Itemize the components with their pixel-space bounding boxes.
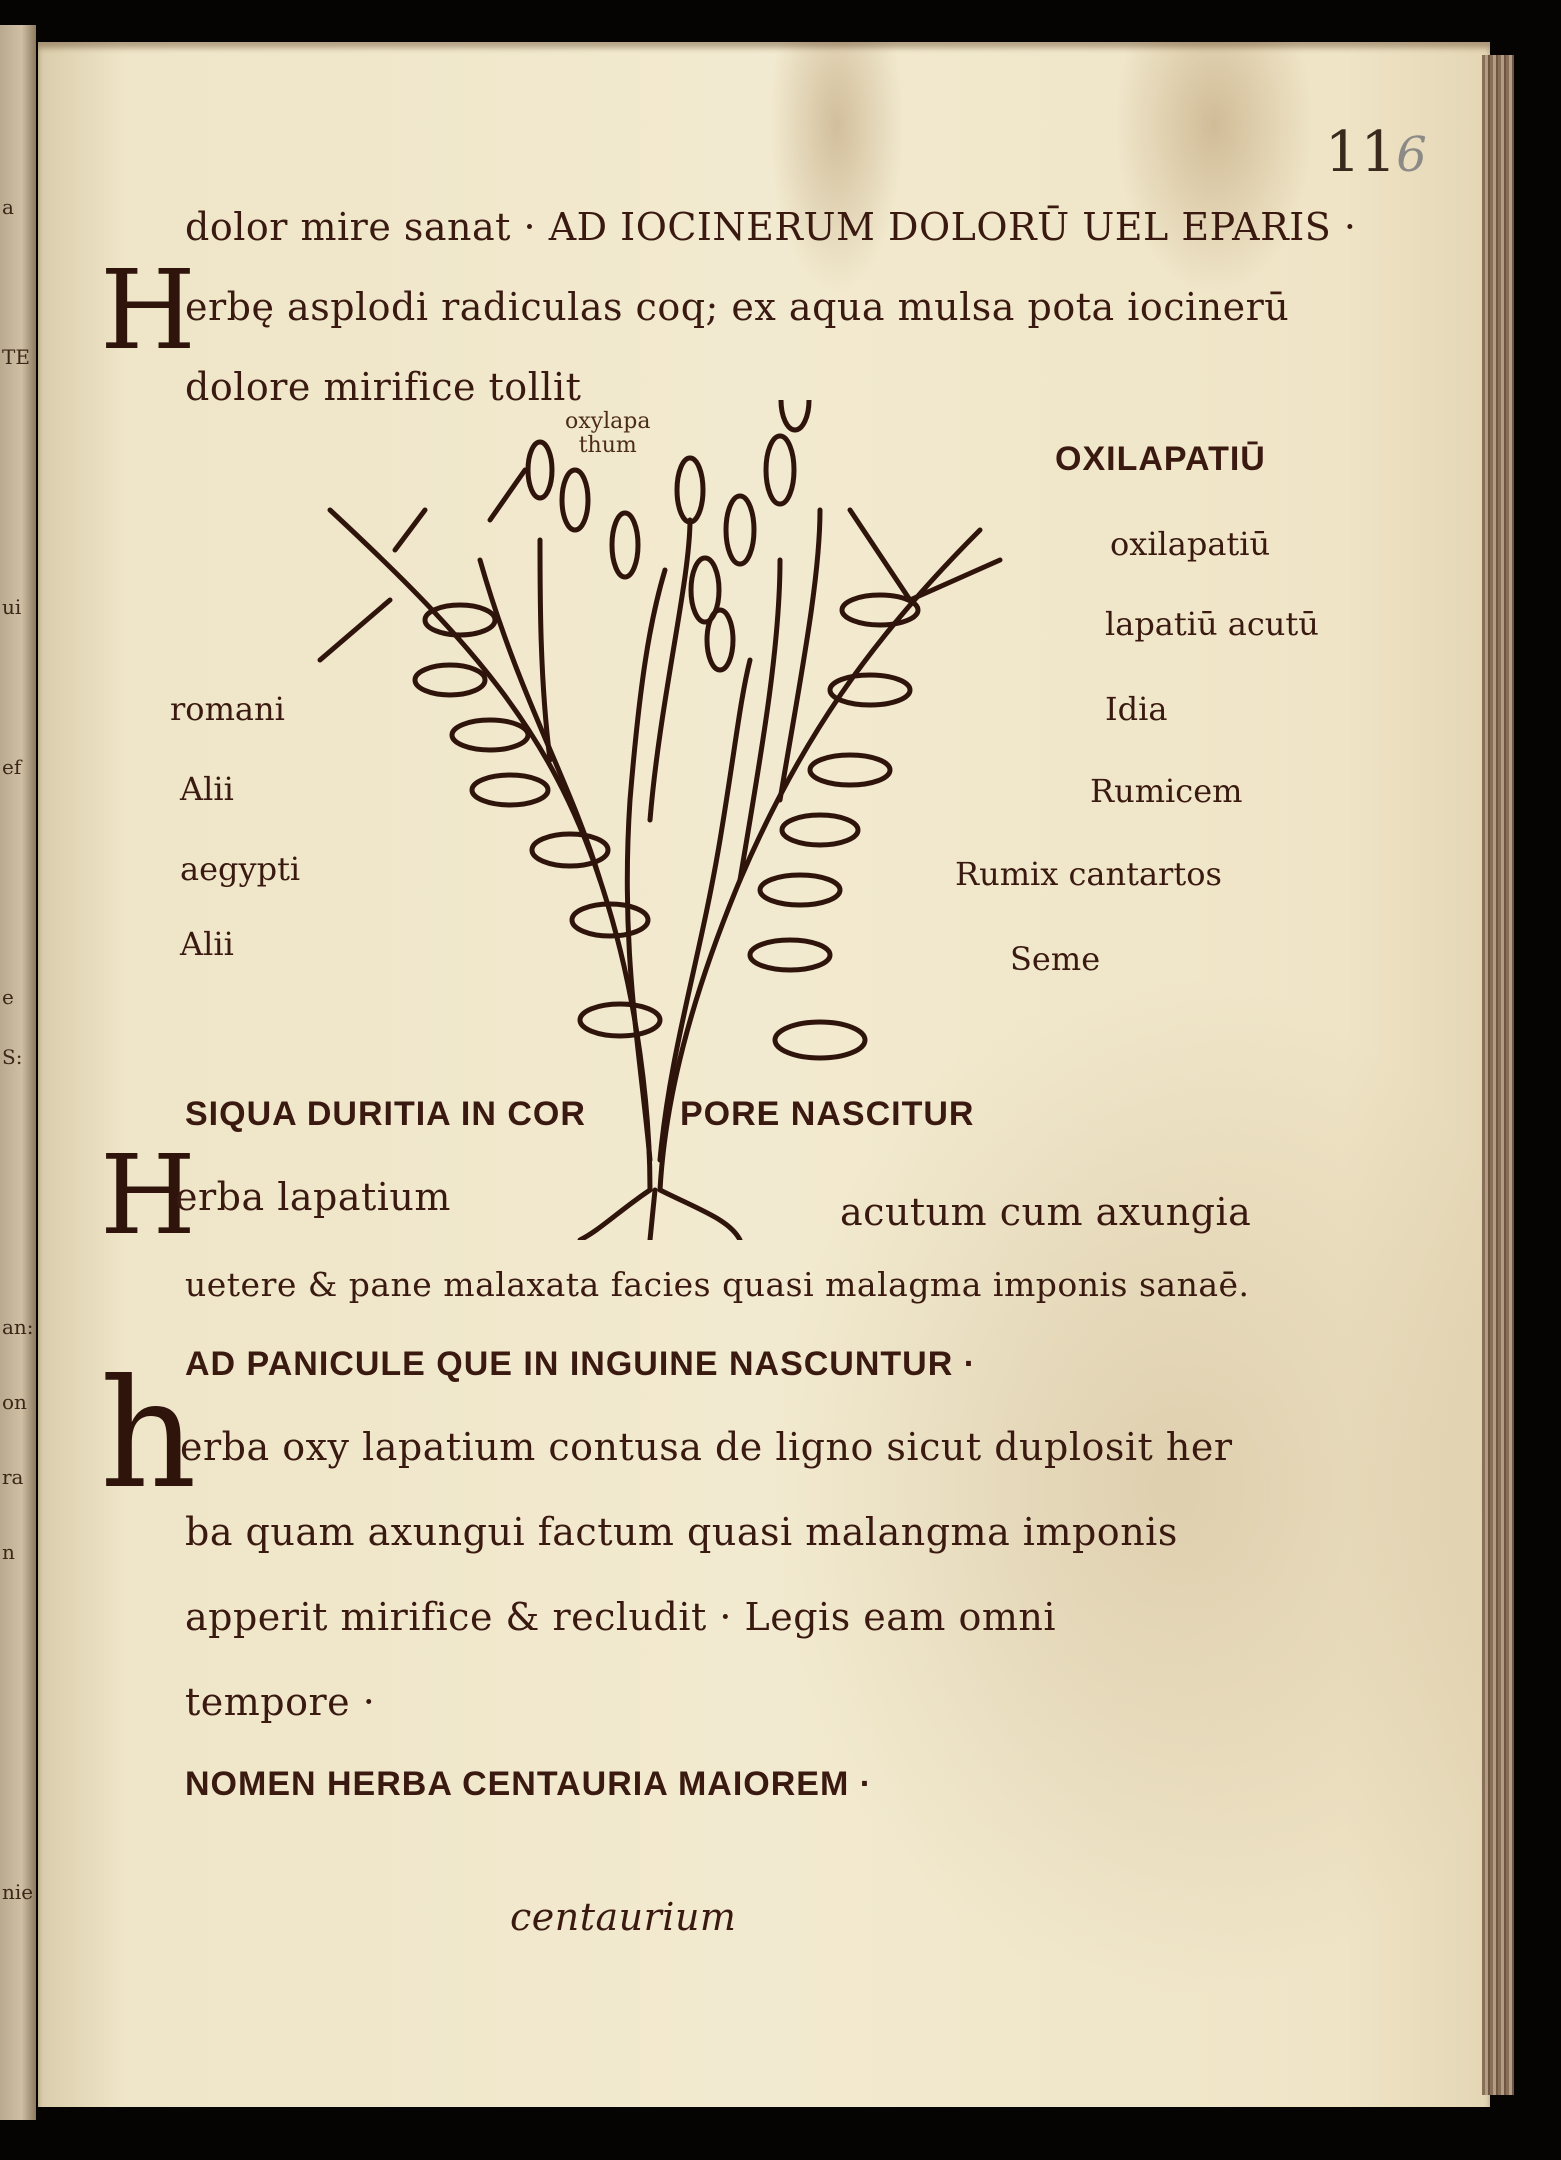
text-line: apperit mirifice & recludit · Legis eam …	[185, 1595, 1056, 1639]
rubric-heading: PORE NASCITUR	[680, 1095, 974, 1134]
plant-label-right: lapatiū acutū	[1105, 605, 1319, 643]
plant-label-right: Seme	[1010, 940, 1100, 978]
facing-page-fragment: TE	[2, 345, 30, 369]
rubric-heading: SIQUA DURITIA IN COR	[185, 1095, 586, 1134]
facing-page-edge: a TE ui ef e S: an: on ra n nie	[0, 25, 36, 2120]
initial-letter: H	[100, 255, 196, 365]
text-line: uetere & pane malaxata facies quasi mala…	[185, 1265, 1250, 1304]
facing-page-fragment: n	[2, 1540, 15, 1564]
plant-label-right: OXILAPATIŪ	[1055, 440, 1266, 479]
text-line: tempore ·	[185, 1680, 375, 1724]
facing-page-fragment: S:	[2, 1045, 22, 1069]
facing-page-fragment: ra	[2, 1465, 23, 1489]
facing-page-fragment: ui	[2, 595, 21, 619]
text-line: erbę asplodi radiculas coq; ex aqua muls…	[185, 285, 1289, 329]
facing-page-fragment: on	[2, 1390, 27, 1414]
folio-ink: 11	[1325, 120, 1396, 185]
folio-pencil: 6	[1396, 127, 1427, 183]
plant-label-left: Alii	[180, 770, 234, 808]
plant-label-right: Rumix cantartos	[955, 855, 1222, 893]
facing-page-fragment: an:	[2, 1315, 34, 1339]
facing-page-fragment: ef	[2, 755, 21, 779]
text-line: erba lapatium	[175, 1175, 451, 1219]
text-line: ba quam axungui factum quasi malangma im…	[185, 1510, 1178, 1554]
facing-page-fragment: nie	[2, 1880, 33, 1904]
rubric-heading: AD PANICULE QUE IN INGUINE NASCUNTUR ·	[185, 1345, 976, 1384]
rubric-heading: NOMEN HERBA CENTAURIA MAIOREM ·	[185, 1765, 872, 1804]
later-annotation: centaurium	[510, 1895, 736, 1939]
text-line: acutum cum axungia	[840, 1190, 1251, 1234]
plant-label-right: Idia	[1105, 690, 1167, 728]
plant-label-left: aegypti	[180, 850, 300, 888]
plant-label-left: romani	[170, 690, 285, 728]
plant-label-right: Rumicem	[1090, 772, 1242, 810]
text-line: dolor mire sanat · AD IOCINERUM DOLORŪ U…	[185, 205, 1356, 249]
plant-label-right: oxilapatiū	[1110, 525, 1270, 563]
plant-label-left: Alii	[180, 925, 234, 963]
page-stack-edge	[1482, 55, 1514, 2095]
facing-page-fragment: a	[2, 195, 14, 219]
text-line: erba oxy lapatium contusa de ligno sicut…	[180, 1425, 1232, 1469]
folio-number: 116	[1325, 120, 1427, 185]
facing-page-fragment: e	[2, 985, 14, 1009]
